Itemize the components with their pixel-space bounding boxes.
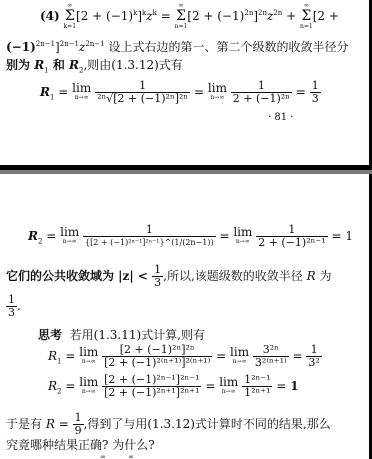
exp: 2n <box>244 9 253 17</box>
body-text: 设上式右边的第一、第二个级数的收敛半径分 <box>105 40 349 54</box>
body-text: 若用(1.3.11)式计算,则有 <box>70 328 205 342</box>
fraction: 12 + (−1)²ⁿ <box>231 80 292 105</box>
equals: = <box>296 85 306 99</box>
exp: 2n−1 <box>36 40 55 48</box>
fraction: [2 + (−1)²ⁿ]²ⁿ[2 + (−1)²⁽ⁿ⁺¹⁾]²⁽ⁿ⁺¹⁾ <box>102 344 212 369</box>
equals: = <box>194 85 204 99</box>
body-text: 别为 <box>6 58 34 72</box>
body-text: 它们的公共收敛域为 |z| < <box>6 269 152 283</box>
top-page: (4) ∞ Σ k=1 [2 + (−1)k]kzk = ∞ Σ n=1 [2 … <box>0 0 372 165</box>
result: 1 <box>290 379 298 393</box>
var: R <box>48 379 57 393</box>
exp: 2n <box>273 9 282 17</box>
r1-equation: R1 = limn→∞ 1²ⁿ√[2 + (−1)²ⁿ]²ⁿ = limn→∞ … <box>40 80 321 105</box>
var: R <box>40 85 50 99</box>
summation: ∞ Σ k=1 <box>64 2 76 31</box>
page-number: · 81 · <box>268 112 293 123</box>
think-line: 思考 若用(1.3.11)式计算,则有 <box>38 326 205 343</box>
exp: 2n−1 <box>60 40 79 48</box>
body-text: ,所以,该题级数的收敛半径 <box>163 269 306 283</box>
fraction: 13 <box>152 264 163 289</box>
sub: 1 <box>50 93 54 101</box>
sub: 1 <box>57 357 61 365</box>
var: R <box>28 229 38 243</box>
limit: limn→∞ <box>233 228 252 246</box>
limit: limn→∞ <box>72 84 91 102</box>
sub: 2 <box>57 387 61 395</box>
var: R <box>48 349 57 363</box>
limit: limn→∞ <box>230 348 249 366</box>
equals: = <box>65 349 75 363</box>
period: . <box>17 299 21 313</box>
var: R <box>69 58 79 72</box>
var: R <box>34 58 44 72</box>
fraction: 13 <box>6 294 17 319</box>
equals: = <box>276 379 286 393</box>
fraction: 1²ⁿ⁻¹1²ⁿ⁺¹ <box>242 374 272 399</box>
summation: ∞ Σ n=1 <box>300 2 313 31</box>
limit: limn→∞ <box>79 378 98 396</box>
var: R <box>46 417 55 431</box>
limit: limn→∞ <box>79 348 98 366</box>
body-text: ,则由(1.3.12)式有 <box>83 58 182 72</box>
bottom-marks: ∞ ∞ <box>100 453 134 459</box>
exp: k <box>153 9 157 17</box>
expr: (−1) <box>6 40 36 54</box>
equals: = <box>46 229 56 243</box>
body-text: 和 <box>49 58 69 72</box>
radius-value: 13. <box>6 294 21 319</box>
para4-line1: (4) ∞ Σ k=1 [2 + (−1)k]kzk = ∞ Σ n=1 [2 … <box>40 2 339 31</box>
r2b-equation: R2 = limn→∞ [2 + (−1)²ⁿ⁻¹]²ⁿ⁻¹[2 + (−1)²… <box>48 374 299 399</box>
think-label: 思考 <box>38 328 62 342</box>
fraction: 1{[2 + (−1)²ⁿ⁻¹]²ⁿ⁻¹}^(1/(2n−1)) <box>83 224 216 249</box>
sub: 2 <box>38 237 42 245</box>
question-line: 究竟哪种结果正确? 为什么? <box>6 436 155 453</box>
bottom-page: R2 = limn→∞ 1{[2 + (−1)²ⁿ⁻¹]²ⁿ⁻¹}^(1/(2n… <box>0 174 372 459</box>
equals: = <box>65 379 75 393</box>
fraction: 13 <box>310 80 321 105</box>
para4-line3: 别为 R1 和 R2,则由(1.3.12)式有 <box>6 56 183 73</box>
summation: ∞ Σ n=1 <box>175 2 188 31</box>
var: R <box>307 269 316 283</box>
exp: 2n <box>258 9 267 17</box>
para4-line2: (−1)2n−1]2n−1z2n−1 设上式右边的第一、第二个级数的收敛半径分 <box>6 38 348 55</box>
expr: [2 + (−1) <box>76 9 133 23</box>
fraction: 12 + (−1)²ⁿ⁻¹ <box>256 224 327 249</box>
item-label: (4) <box>40 9 60 23</box>
exp: 2n−1 <box>85 40 104 48</box>
conclusion-line: 于是有 R = 19,得到了与用(1.3.12)式计算时不同的结果,那么 <box>6 412 331 437</box>
fraction: 19 <box>73 412 84 437</box>
body-text: 于是有 <box>6 417 46 431</box>
limit: limn→∞ <box>219 378 238 396</box>
fraction: 1²ⁿ√[2 + (−1)²ⁿ]²ⁿ <box>95 80 190 105</box>
limit: limn→∞ <box>208 84 227 102</box>
equals: = <box>161 9 171 23</box>
expr: [2 + <box>313 9 339 23</box>
r2-equation: R2 = limn→∞ 1{[2 + (−1)²ⁿ⁻¹]²ⁿ⁻¹}^(1/(2n… <box>28 224 353 249</box>
fraction: [2 + (−1)²ⁿ⁻¹]²ⁿ⁻¹[2 + (−1)²ⁿ⁺¹]²ⁿ⁺¹ <box>102 374 201 399</box>
fraction: 13² <box>306 344 321 369</box>
equals: = <box>219 229 229 243</box>
fraction: 3²ⁿ3²⁽ⁿ⁺¹⁾ <box>253 344 289 369</box>
equals: = <box>205 379 215 393</box>
common-domain-line: 它们的公共收敛域为 |z| < 13,所以,该题级数的收敛半径 R 为 <box>6 264 331 289</box>
expr: [2 + (−1) <box>187 9 244 23</box>
equals: = <box>331 229 341 243</box>
body-text: ,得到了与用(1.3.12)式计算时不同的结果,那么 <box>84 417 331 431</box>
equals: = <box>216 349 226 363</box>
limit: limn→∞ <box>60 228 79 246</box>
equals: = <box>293 349 303 363</box>
equals: = <box>55 417 73 431</box>
result: 1 <box>345 229 353 243</box>
equals: = <box>58 85 68 99</box>
body-text: 究竟哪种结果正确? 为什么? <box>6 438 155 452</box>
r1b-equation: R1 = limn→∞ [2 + (−1)²ⁿ]²ⁿ[2 + (−1)²⁽ⁿ⁺¹… <box>48 344 322 369</box>
body-text: 为 <box>316 269 332 283</box>
plus: + <box>286 9 296 23</box>
